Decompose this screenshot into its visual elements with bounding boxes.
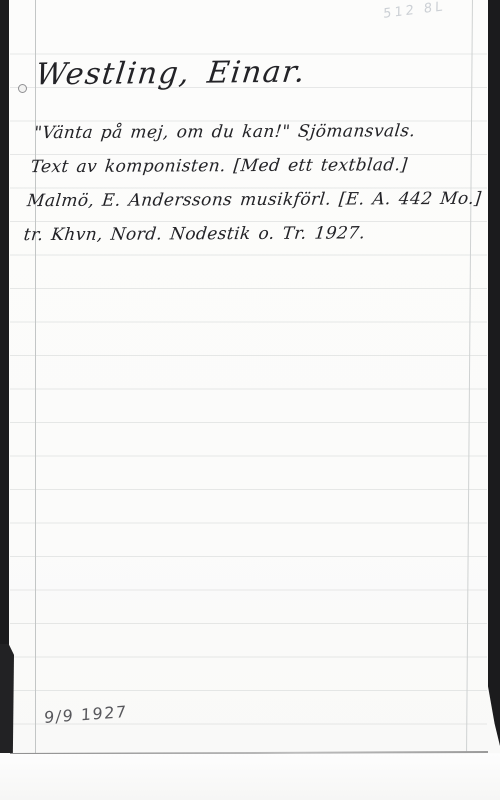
catalog-card: 512 8L Westling, Einar. "Vänta på mej, o… — [0, 0, 500, 753]
punch-mark — [18, 84, 27, 93]
scan-edge-right — [488, 0, 500, 746]
entry-line-title: "Vänta på mej, om du kan!" Sjömansvals. — [32, 114, 488, 150]
card-heading-author: Westling, Einar. — [34, 55, 308, 93]
entry-line-publisher: Malmö, E. Anderssons musikförl. [E. A. 4… — [25, 182, 481, 218]
card-entry-text: "Vänta på mej, om du kan!" Sjömansvals. … — [22, 114, 488, 252]
scanned-catalog-card-photo: 512 8L Westling, Einar. "Vänta på mej, o… — [0, 0, 500, 800]
scan-edge-left — [0, 0, 9, 753]
entry-line-printer-year: tr. Khvn, Nord. Nodestik o. Tr. 1927. — [22, 216, 478, 252]
entry-line-text-note: Text av komponisten. [Med ett textblad.] — [29, 148, 485, 184]
pencil-date-note: 9/9 1927 — [44, 702, 128, 727]
pencil-shelfmark: 512 8L — [383, 0, 445, 22]
left-margin-rule — [35, 0, 36, 753]
scan-background-bottom — [0, 754, 500, 800]
scan-edge-left-lower — [0, 644, 14, 753]
